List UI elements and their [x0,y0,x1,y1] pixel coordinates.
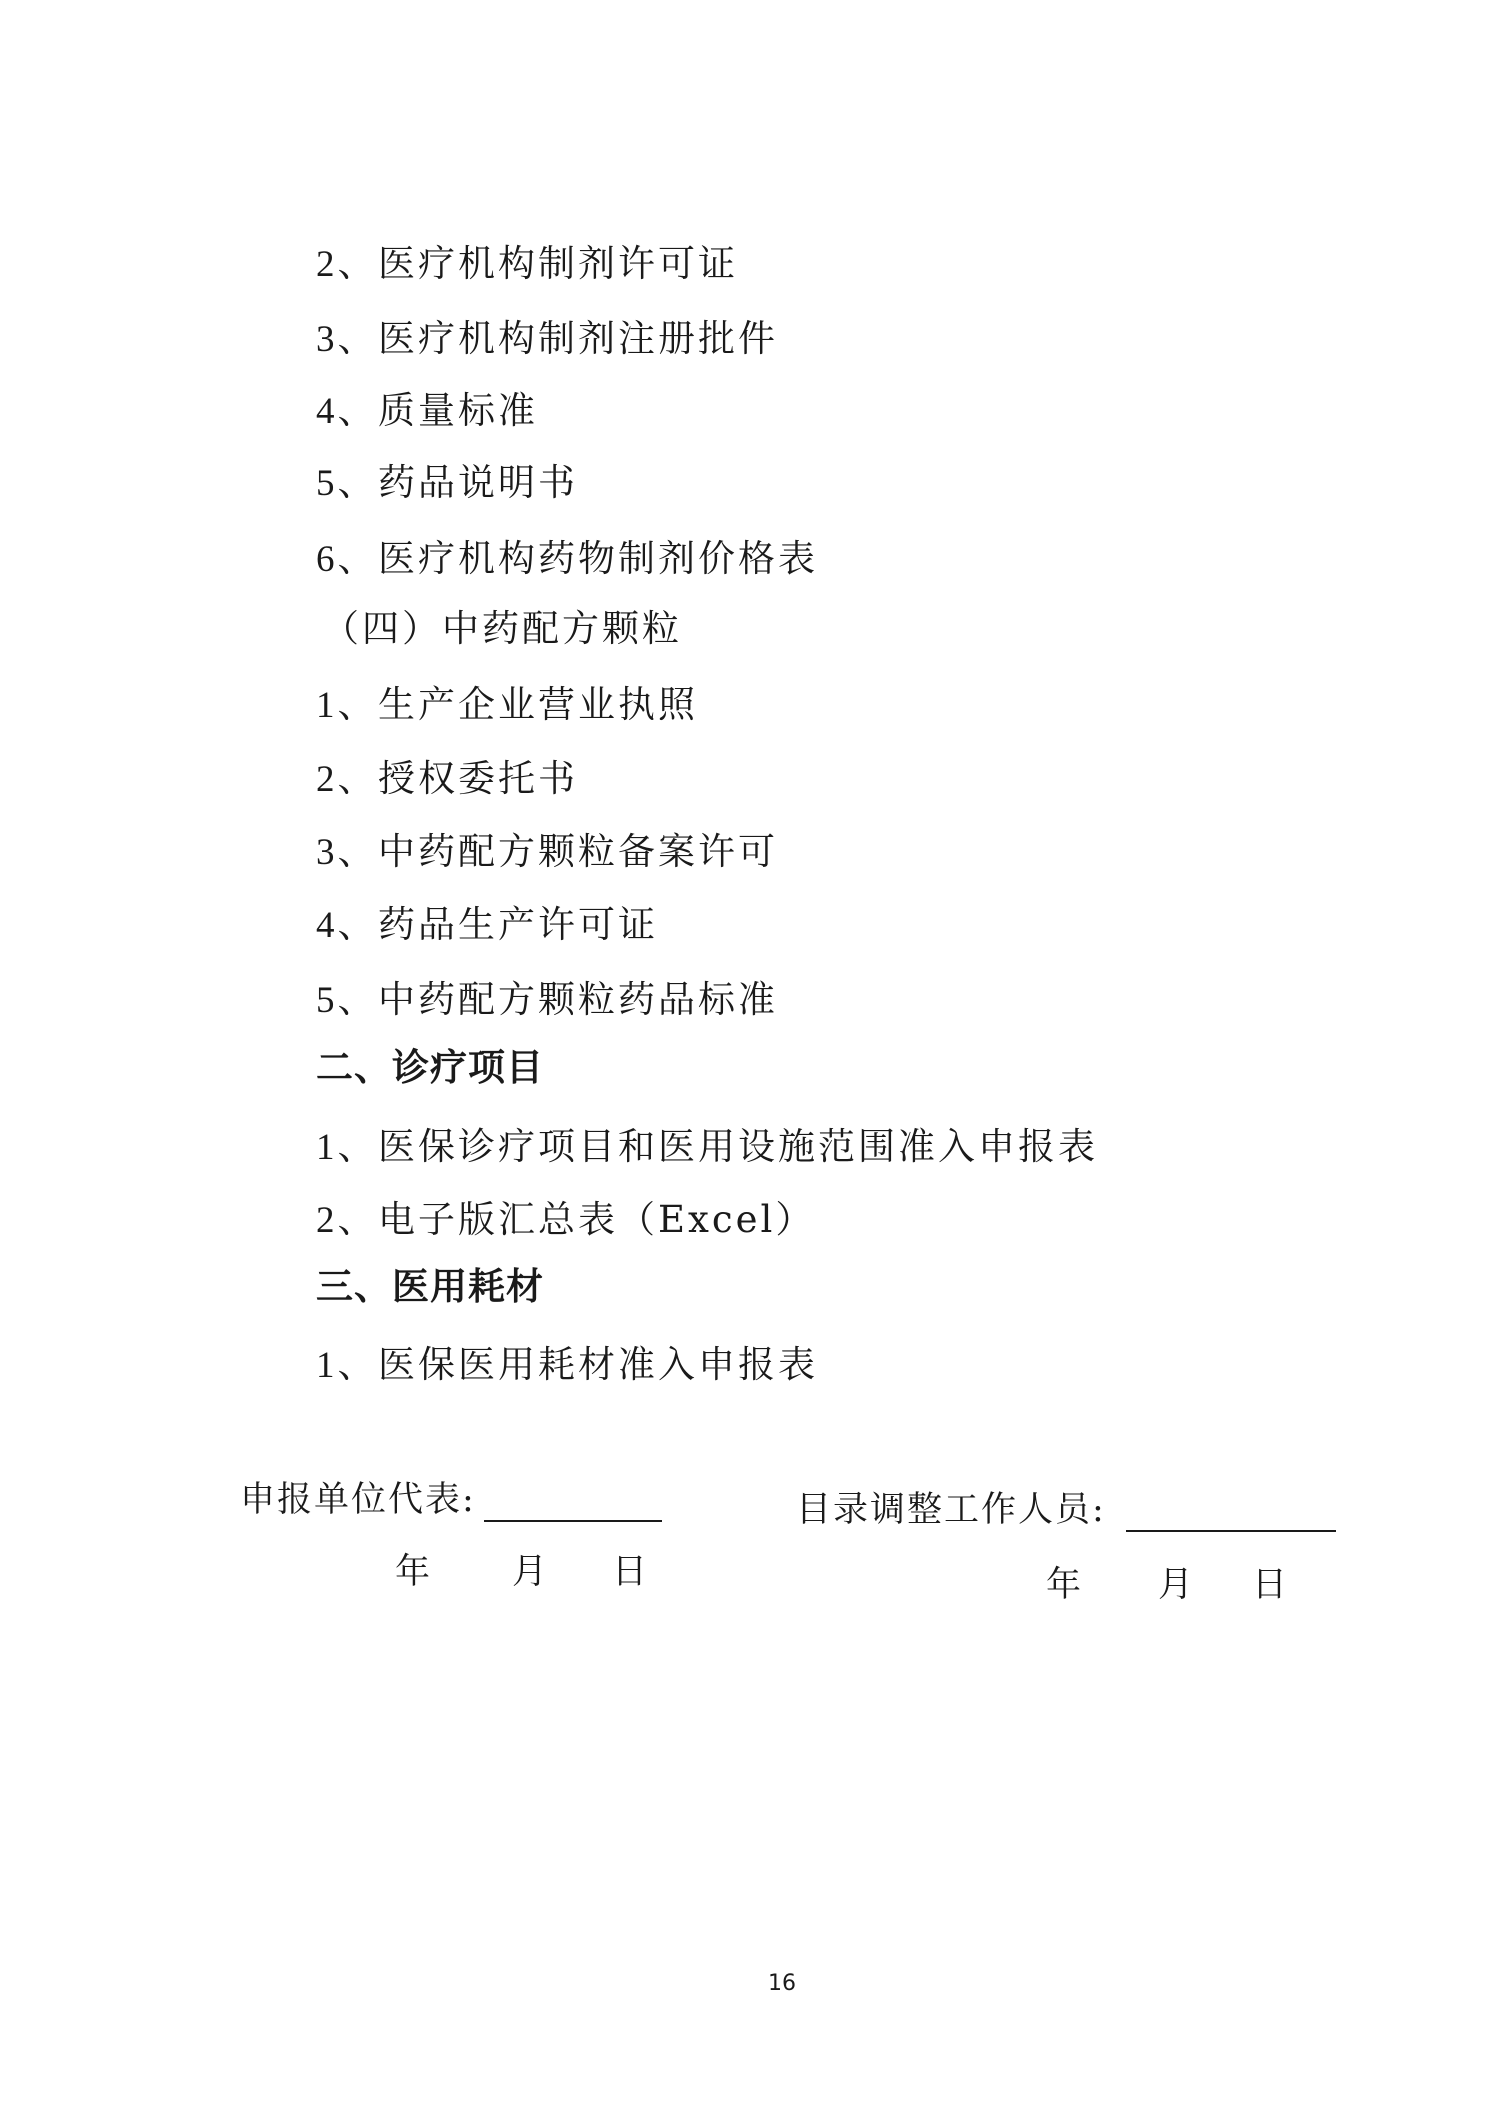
day-label: 日 [1252,1565,1289,1605]
item-text: 医疗机构药物制剂价格表 [378,537,818,580]
list-item: 2、电子版汇总表（Excel） [316,1198,815,1243]
month-label: 月 [1158,1565,1195,1605]
signature-line [1126,1530,1336,1532]
item-number: 1、 [316,1344,378,1388]
list-item: 1、医保诊疗项目和医用设施范围准入申报表 [316,1125,1098,1170]
item-number: 2、 [316,243,378,287]
item-text: 授权委托书 [378,757,578,800]
signature-label: 目录调整工作人员: [796,1490,1106,1530]
signature-left: 申报单位代表: [240,1480,662,1520]
item-text: 中药配方颗粒备案许可 [378,830,778,873]
list-item: 3、医疗机构制剂注册批件 [316,317,778,362]
item-text: 电子版汇总表（Excel） [378,1198,815,1241]
item-text: 质量标准 [378,389,538,432]
item-text: 医保医用耗材准入申报表 [378,1343,818,1386]
signature-line [484,1520,662,1522]
item-number: 4、 [316,904,378,948]
item-number: 1、 [316,1126,378,1170]
list-item: 5、中药配方颗粒药品标准 [316,978,778,1023]
section-heading: 三、医用耗材 [316,1265,544,1309]
item-number: 4、 [316,390,378,434]
list-item: 4、药品生产许可证 [316,903,658,948]
item-text: 药品生产许可证 [378,903,658,946]
list-item: 5、药品说明书 [316,461,578,506]
item-text: 药品说明书 [378,461,578,504]
list-item: 4、质量标准 [316,389,538,434]
page-number: 16 [768,1971,796,1996]
item-number: 2、 [316,758,378,802]
signature-label: 申报单位代表: [240,1480,476,1520]
list-item: 1、生产企业营业执照 [316,683,698,728]
item-number: 3、 [316,831,378,875]
list-item: 2、授权委托书 [316,757,578,802]
list-item: 1、医保医用耗材准入申报表 [316,1343,818,1388]
item-number: 5、 [316,462,378,506]
signature-right: 目录调整工作人员: [796,1490,1336,1530]
item-text: 医疗机构制剂注册批件 [378,317,778,360]
item-number: 6、 [316,538,378,582]
subsection-title: （四）中药配方颗粒 [322,607,682,651]
list-item: 3、中药配方颗粒备案许可 [316,830,778,875]
section-heading: 二、诊疗项目 [316,1046,544,1090]
item-number: 5、 [316,979,378,1023]
item-text: 中药配方颗粒药品标准 [378,978,778,1021]
item-number: 2、 [316,1199,378,1243]
date-right: 年 月 日 [0,1565,1488,1609]
item-number: 1、 [316,684,378,728]
item-text: 医疗机构制剂许可证 [378,242,738,285]
list-item: 2、医疗机构制剂许可证 [316,242,738,287]
item-text: 生产企业营业执照 [378,683,698,726]
list-item: 6、医疗机构药物制剂价格表 [316,537,818,582]
item-number: 3、 [316,318,378,362]
item-text: 医保诊疗项目和医用设施范围准入申报表 [378,1125,1098,1168]
year-label: 年 [1046,1565,1083,1605]
